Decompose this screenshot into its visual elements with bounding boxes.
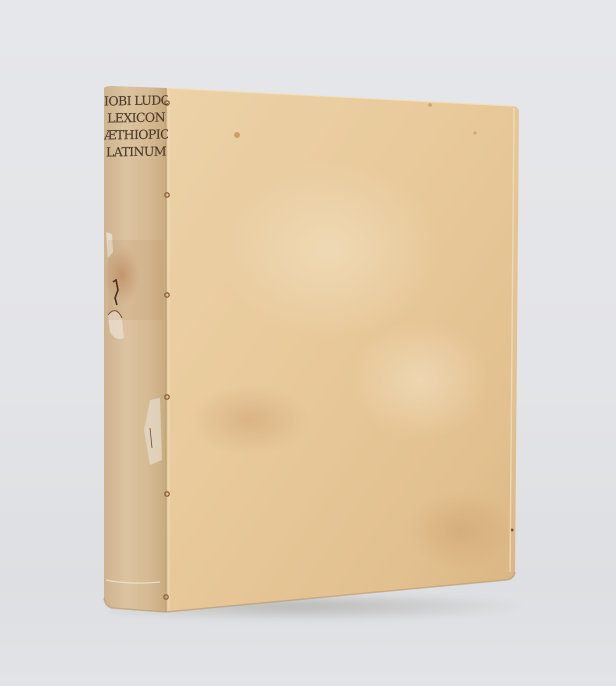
spine-title-line: LEXICON [104,108,168,126]
book-spine [104,86,166,612]
spine-title-line: LATINUM [104,142,168,160]
book-illustration [0,0,616,686]
spine-title-line: IOBI LUDOLPI [104,91,168,109]
spine-title: IOBI LUDOLPI LEXICON ÆTHIOPICO- LATINUM [104,91,168,160]
photo-scene: IOBI LUDOLPI LEXICON ÆTHIOPICO- LATINUM [0,0,616,686]
spine-title-line: ÆTHIOPICO- [104,125,168,143]
